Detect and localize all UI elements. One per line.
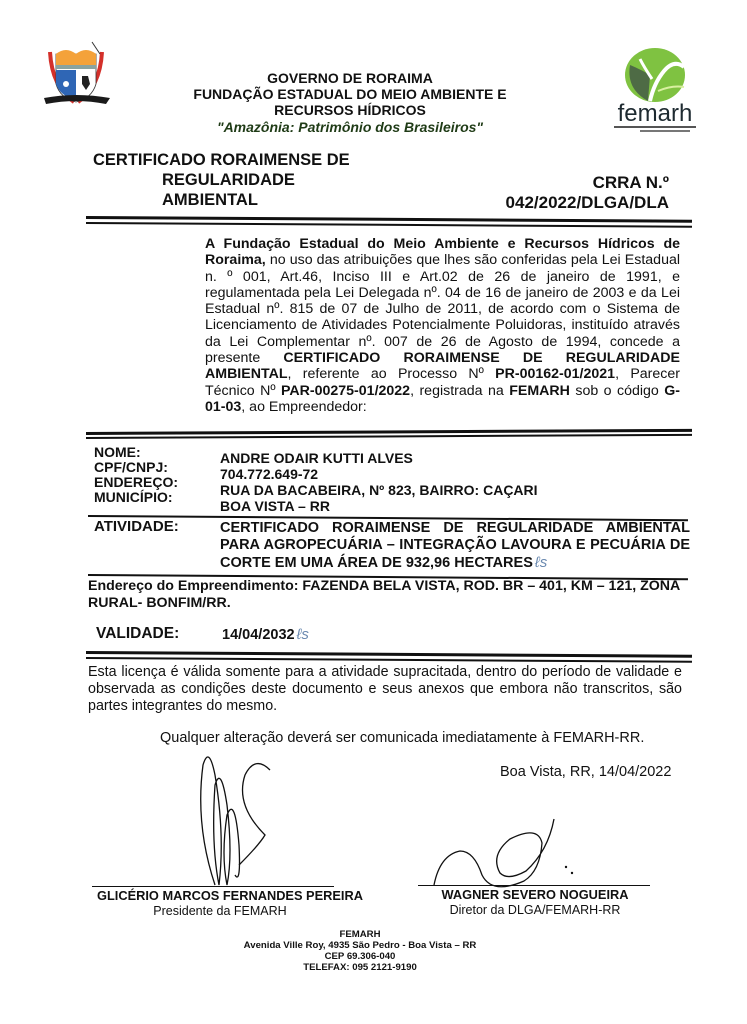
signature-director-icon — [430, 815, 600, 895]
cpf-label: CPF/CNPJ: — [94, 460, 168, 475]
footer-phone: TELEFAX: 095 2121-9190 — [200, 962, 520, 974]
president-role: Presidente da FEMARH — [95, 904, 345, 918]
site-address-label: Endereço do Empreendimento: — [88, 578, 298, 594]
preamble-segment: PR-00162-01/2021 — [495, 366, 615, 382]
preamble-paragraph: A Fundação Estadual do Meio Ambiente e R… — [205, 236, 680, 415]
footer-org: FEMARH — [200, 929, 520, 941]
validity-value: 14/04/2032ℓs — [222, 626, 309, 643]
validity-label: VALIDADE: — [96, 625, 179, 643]
preamble-segment: , referente ao Processo Nº — [288, 366, 496, 382]
name-label: NOME: — [94, 445, 141, 460]
divider — [86, 222, 692, 228]
signature-president-icon — [175, 745, 295, 895]
certificate-title-line2: REGULARIDADE — [162, 170, 295, 190]
footer-cep: CEP 69.306-040 — [200, 951, 520, 963]
motto: "Amazônia: Patrimônio dos Brasileiros" — [130, 119, 570, 136]
activity-label: ATIVIDADE: — [94, 518, 179, 535]
address-label: ENDEREÇO: — [94, 475, 178, 490]
terms-paragraph: Esta licença é válida somente para a ati… — [88, 664, 682, 715]
site-address: Endereço do Empreendimento: FAZENDA BELA… — [88, 578, 688, 612]
director-name: WAGNER SEVERO NOGUEIRA — [400, 887, 670, 902]
footer-address: Avenida Ville Roy, 4935 São Pedro - Boa … — [200, 940, 520, 952]
president-name: GLICÉRIO MARCOS FERNANDES PEREIRA — [95, 888, 365, 903]
city-label: MUNICÍPIO: — [94, 490, 173, 505]
preamble-segment: , ao Empreendedor: — [241, 399, 366, 415]
handwritten-initials: ℓs — [297, 626, 309, 643]
certificate-title-line3: AMBIENTAL — [162, 190, 258, 210]
foundation-heading-line1: FUNDAÇÃO ESTADUAL DO MEIO AMBIENTE E — [130, 86, 570, 103]
cpf-value: 704.772.649-72 — [220, 467, 318, 482]
change-notice: Qualquer alteração deverá ser comunicada… — [160, 730, 644, 746]
name-value: ANDRE ODAIR KUTTI ALVES — [220, 451, 413, 466]
certificate-number-label: CRRA N.º — [593, 173, 669, 193]
preamble-segment: , registrada na — [410, 383, 509, 399]
activity-value: CERTIFICADO RORAIMENSE DE REGULARIDADE A… — [220, 520, 690, 572]
director-role: Diretor da DLGA/FEMARH-RR — [400, 903, 670, 917]
femarh-logo-icon: femarh — [600, 45, 710, 135]
handwritten-initials: ℓs — [535, 554, 547, 571]
city-value: BOA VISTA – RR — [220, 499, 330, 514]
place-date: Boa Vista, RR, 14/04/2022 — [500, 764, 671, 780]
foundation-heading-line2: RECURSOS HÍDRICOS — [130, 102, 570, 119]
preamble-segment: PAR-00275-01/2022 — [281, 383, 410, 399]
activity-text: CERTIFICADO RORAIMENSE DE REGULARIDADE A… — [220, 520, 690, 571]
certificate-title-line1: CERTIFICADO RORAIMENSE DE — [93, 150, 350, 170]
roraima-coat-of-arms-icon — [36, 32, 116, 116]
preamble-segment: FEMARH — [509, 383, 570, 399]
certificate-number: 042/2022/DLGA/DLA — [506, 193, 669, 213]
validity-date: 14/04/2032 — [222, 627, 295, 643]
preamble-segment: sob o código — [570, 383, 664, 399]
divider — [86, 434, 692, 439]
preamble-segment: no uso das atribuições que lhes são conf… — [205, 252, 680, 366]
svg-text:femarh: femarh — [618, 100, 693, 127]
divider — [86, 657, 692, 662]
government-heading: GOVERNO DE RORAIMA — [130, 70, 570, 87]
address-value: RUA DA BACABEIRA, Nº 823, BAIRRO: CAÇARI — [220, 483, 538, 498]
terms-text: Esta licença é válida somente para a ati… — [88, 664, 682, 715]
